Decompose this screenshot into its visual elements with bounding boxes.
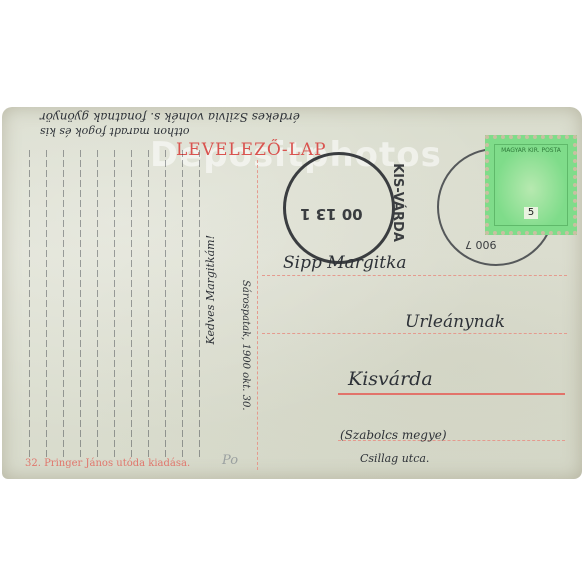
message-body: [20, 150, 200, 460]
address-town: Kisvárda: [348, 368, 433, 390]
publisher-line: 32. Pringer János utóda kiadása.: [25, 458, 190, 469]
address-line-2: [262, 333, 567, 334]
postmark-kisvarda-town: KIS-VÁRDA: [390, 163, 405, 242]
address-street: Csillag utca.: [360, 452, 429, 465]
postage-stamp: MAGYAR KIR. POSTA 5: [485, 135, 577, 235]
address-line-3: [338, 393, 565, 395]
stamp-header: MAGYAR KIR. POSTA: [495, 147, 567, 154]
postmark-kisvarda-date: 00 13 1: [300, 205, 363, 223]
address-county: (Szabolcs megye): [340, 428, 447, 442]
pencil-note: Po: [222, 453, 238, 468]
postmark-sarospatak-date: 900 7: [465, 238, 497, 251]
addressee-title: Urleánynak: [405, 312, 505, 332]
address-line-1: [262, 275, 567, 276]
upside-down-message-2: otthon maradt fogok és kis: [40, 125, 190, 138]
addressee-name: Sipp Margitka: [283, 253, 407, 273]
date-line: Sárospatak, 1900 okt. 30.: [240, 280, 251, 411]
stamp-value: 5: [524, 207, 538, 219]
divider: [257, 160, 258, 470]
upside-down-message-1: érdekes Szilvia volnék s. fonatnak gyöny…: [40, 110, 300, 124]
greeting: Kedves Margitkám!: [204, 235, 217, 344]
